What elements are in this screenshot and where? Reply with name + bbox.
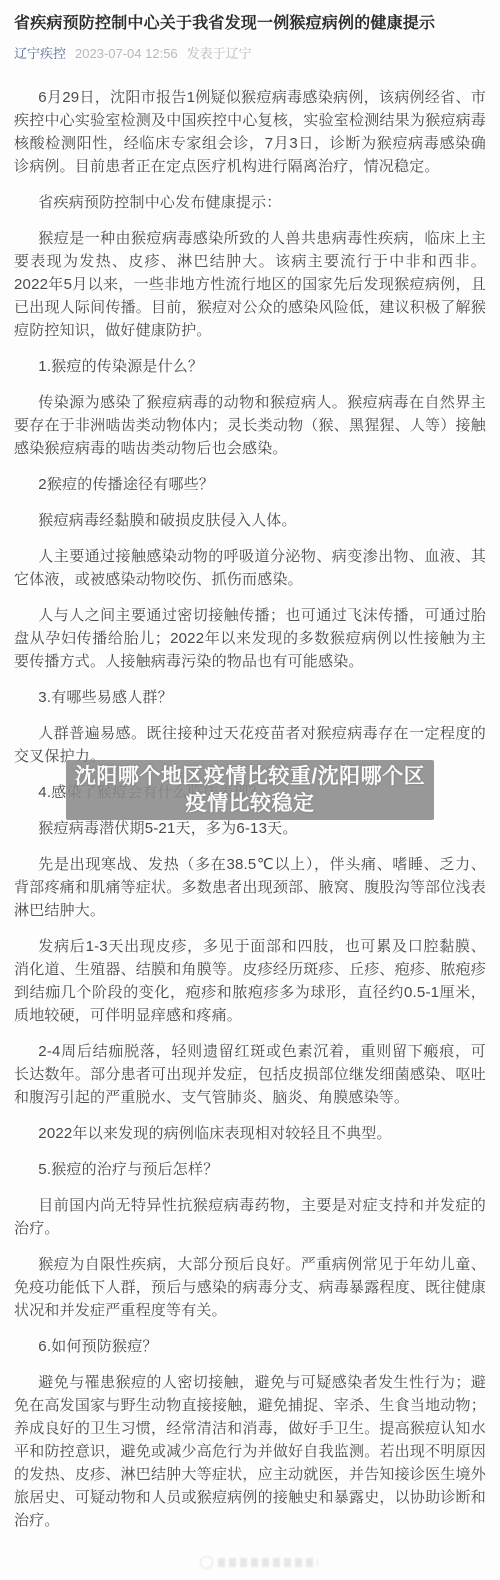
paragraph: 猴痘病毒潜伏期5-21天，多为6-13天。 — [14, 817, 486, 840]
paragraph: 猴痘病毒经黏膜和破损皮肤侵入人体。 — [14, 509, 486, 532]
caption-overlay-text: 沈阳哪个地区疫情比较重/沈阳哪个区疫情比较稳定 — [74, 763, 426, 817]
paragraph: 避免与罹患猴痘的人密切接触，避免与可疑感染者发生性行为；避免在高发国家与野生动物… — [14, 1371, 486, 1532]
publish-timestamp: 2023-07-04 12:56 — [75, 45, 178, 62]
paragraph: 5.猴痘的治疗与预后怎样？ — [14, 1158, 486, 1181]
paragraph: 2022年以来发现的病例临床表现相对较轻且不典型。 — [14, 1122, 486, 1145]
paragraph: 2猴痘的传播途径有哪些？ — [14, 473, 486, 496]
paragraph: 猴痘为自限性疾病，大部分预后良好。严重病例常见于年幼儿童、免疫功能低下人群，预后… — [14, 1253, 486, 1322]
watermark — [200, 1552, 330, 1572]
paragraph: 6月29日，沈阳市报告1例疑似猴痘病毒感染病例，该病例经省、市疾控中心实验室检测… — [14, 86, 486, 178]
paragraph: 传染源为感染了猴痘病毒的动物和猴痘病人。猴痘病毒在自然界主要存在于非洲啮齿类动物… — [14, 391, 486, 460]
article-meta: 辽宁疾控 2023-07-04 12:56 发表于辽宁 — [14, 45, 486, 62]
paragraph: 目前国内尚无特异性抗猴痘病毒药物，主要是对症支持和并发症的治疗。 — [14, 1194, 486, 1240]
paragraph: 6.如何预防猴痘？ — [14, 1335, 486, 1358]
caption-overlay: 沈阳哪个地区疫情比较重/沈阳哪个区疫情比较稳定 — [66, 760, 434, 820]
paragraph: 猴痘是一种由猴痘病毒感染所致的人兽共患病毒性疾病，临床上主要表现为发热、皮疹、淋… — [14, 227, 486, 342]
wechat-article-page: 省疾病预防控制中心关于我省发现一例猴痘病例的健康提示 辽宁疾控 2023-07-… — [0, 0, 500, 1580]
paragraph: 发病后1-3天出现皮疹，多见于面部和四肢，也可累及口腔黏膜、消化道、生殖器、结膜… — [14, 935, 486, 1027]
page-title: 省疾病预防控制中心关于我省发现一例猴痘病例的健康提示 — [14, 12, 486, 35]
paragraph: 2-4周后结痂脱落，轻则遗留红斑或色素沉着，重则留下瘢痕，可长达数年。部分患者可… — [14, 1040, 486, 1109]
paragraph: 省疾病预防控制中心发布健康提示： — [14, 191, 486, 214]
watermark-text-smear — [218, 1558, 318, 1567]
author-link[interactable]: 辽宁疾控 — [14, 45, 66, 62]
publish-location: 发表于辽宁 — [187, 45, 252, 62]
watermark-logo-icon — [200, 1556, 213, 1569]
paragraph: 人主要通过接触感染动物的呼吸道分泌物、病变渗出物、血液、其它体液，或被感染动物咬… — [14, 545, 486, 591]
paragraph: 3.有哪些易感人群？ — [14, 686, 486, 709]
paragraph: 先是出现寒战、发热（多在38.5℃以上），伴头痛、嗜睡、乏力、背部疼痛和肌痛等症… — [14, 853, 486, 922]
paragraph: 人与人之间主要通过密切接触传播；也可通过飞沫传播，可通过胎盘从孕妇传播给胎儿；2… — [14, 604, 486, 673]
paragraph: 1.猴痘的传染源是什么？ — [14, 355, 486, 378]
